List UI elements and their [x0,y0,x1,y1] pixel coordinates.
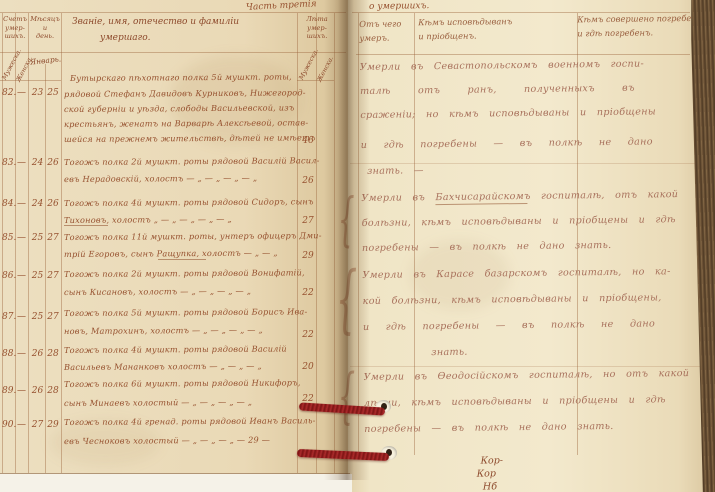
entry-line: лѣзни, кѣмъ исповѣдываны и пріобщены и г… [364,394,666,409]
scanned-register-spread: Часть третія Счетъ умер- шихъ. Мѣсяцъ и … [0,0,715,492]
subject-heading: о умершихъ. [369,1,429,12]
entry-line: Умерли въ Ѳеодосійскомъ госпиталѣ, но от… [363,368,715,383]
margin-note-line: Кор [477,468,496,479]
col-header-confession: Кѣмъ исповѣдыванъ и пріобщенъ. [418,13,568,43]
col-header-burial: Кѣмъ совершено погребеніе и гдѣ погребен… [577,11,707,41]
entry-line: погребены — въ полкѣ не дано знать. [362,240,612,254]
entry-line: сраженіи; но кѣмъ исповѣдываны и пріобще… [360,106,656,121]
entry-line: знать. [431,347,468,358]
margin-note-line: Нб [483,481,497,492]
entry-line: Умерли въ Бахчисарайскомъ госпиталѣ, отъ… [361,189,678,204]
entry-line: и гдѣ погребены — въ полкѣ не дано [363,318,655,333]
entry-line: Умерли въ Севастопольскомъ военномъ госп… [360,59,644,73]
entry-line: погребены — въ полкѣ не дано знать. [364,421,614,435]
entry-line: знать. — [367,165,424,177]
entry-line: Умерли въ Карасе базарскомъ госпиталѣ, н… [362,266,670,281]
margin-note-line: Кор- [481,455,504,466]
entry-line: талѣ отъ ранъ, полученныхъ въ [360,83,635,97]
entry-line: и гдѣ погребены — въ полкѣ не дано [361,136,653,151]
entry-line: болѣзни, кѣмъ исповѣдываны и пріобщены и… [362,214,676,229]
underline-mark [435,203,527,205]
entry-line: кой болѣзни, кѣмъ исповѣдываны и пріобще… [363,292,662,307]
